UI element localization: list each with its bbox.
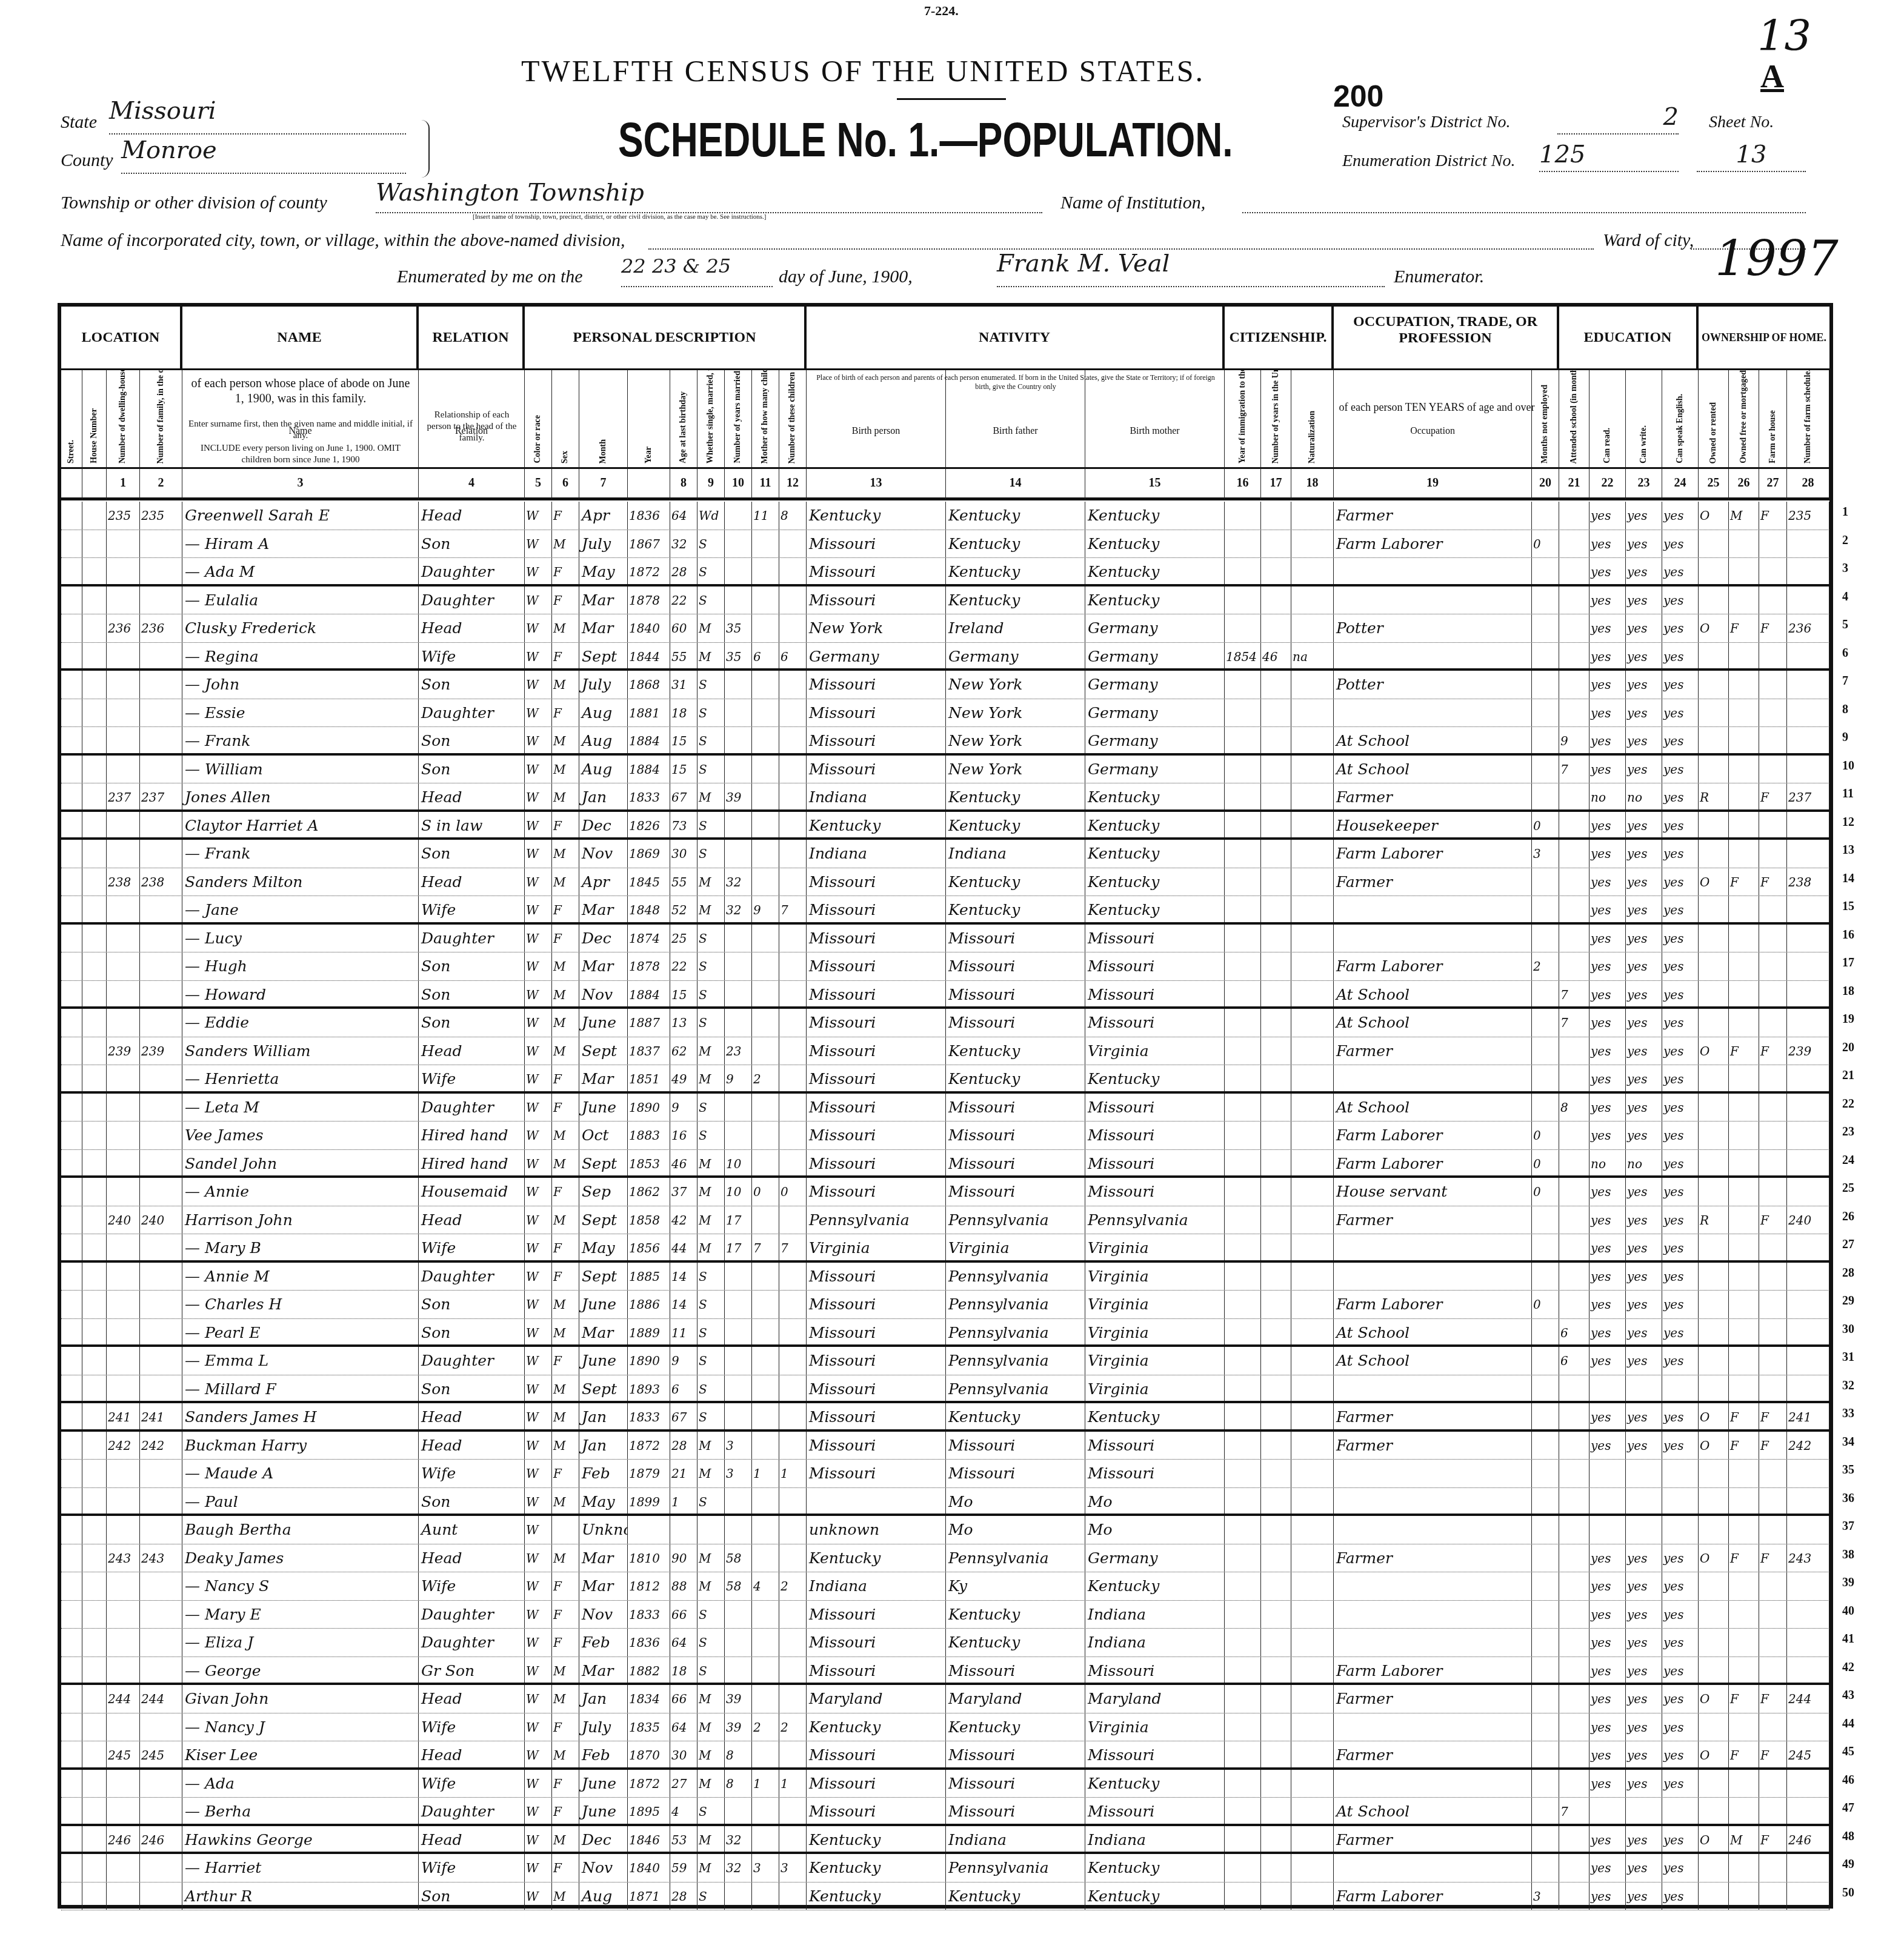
cell-house[interactable] xyxy=(82,840,107,868)
cell-marital[interactable]: S xyxy=(697,1488,725,1514)
cell-nat[interactable] xyxy=(1291,1319,1334,1345)
cell-occ[interactable] xyxy=(1334,699,1532,727)
cell-own[interactable]: O xyxy=(1699,1826,1729,1852)
cell-eng[interactable]: yes xyxy=(1662,1601,1699,1629)
cell-bp[interactable]: Kentucky xyxy=(807,812,946,838)
cell-bm[interactable]: Pennsylvania xyxy=(1085,1206,1225,1234)
cell-color[interactable]: W xyxy=(525,502,552,530)
cell-age[interactable]: 32 xyxy=(670,530,697,558)
cell-color[interactable]: W xyxy=(525,614,552,642)
cell-read[interactable]: yes xyxy=(1589,1629,1626,1657)
cell-own[interactable] xyxy=(1699,727,1729,753)
cell-write[interactable]: yes xyxy=(1626,1234,1662,1260)
cell-sched[interactable] xyxy=(1787,812,1829,838)
cell-fam[interactable] xyxy=(140,812,182,838)
cell-bf[interactable]: Kentucky xyxy=(946,1713,1085,1741)
cell-house[interactable] xyxy=(82,812,107,838)
cell-eng[interactable]: yes xyxy=(1662,925,1699,952)
cell-bf[interactable]: Missouri xyxy=(946,1150,1085,1176)
cell-nat[interactable] xyxy=(1291,1178,1334,1206)
cell-age[interactable]: 18 xyxy=(670,1657,697,1683)
cell-read[interactable]: yes xyxy=(1589,1206,1626,1234)
cell-dw[interactable]: 246 xyxy=(107,1826,140,1852)
cell-imm[interactable] xyxy=(1225,1065,1261,1091)
enumerated-days-field[interactable]: 22 23 & 25 xyxy=(621,254,773,287)
cell-unemp[interactable] xyxy=(1532,1263,1559,1291)
cell-farm[interactable]: F xyxy=(1759,614,1787,642)
cell-read[interactable]: yes xyxy=(1589,1882,1626,1910)
cell-write[interactable]: yes xyxy=(1626,1657,1662,1683)
cell-fam[interactable]: 236 xyxy=(140,614,182,642)
cell-bm[interactable]: Kentucky xyxy=(1085,868,1225,896)
cell-eng[interactable]: yes xyxy=(1662,1882,1699,1910)
cell-occ[interactable]: Farmer xyxy=(1334,1685,1532,1713)
cell-color[interactable]: W xyxy=(525,812,552,838)
cell-yrs[interactable]: 32 xyxy=(725,1854,752,1882)
cell-living[interactable] xyxy=(779,981,807,1007)
cell-school[interactable] xyxy=(1559,1263,1589,1291)
cell-bm[interactable]: Virginia xyxy=(1085,1291,1225,1318)
cell-marital[interactable]: S xyxy=(697,812,725,838)
cell-yrs[interactable]: 35 xyxy=(725,614,752,642)
cell-bf[interactable]: Missouri xyxy=(946,981,1085,1007)
cell-color[interactable]: W xyxy=(525,1572,552,1600)
cell-mort[interactable] xyxy=(1729,1009,1759,1037)
cell-dw[interactable] xyxy=(107,952,140,980)
cell-rel[interactable]: Son xyxy=(419,840,525,868)
cell-yrs[interactable] xyxy=(725,1319,752,1345)
cell-house[interactable] xyxy=(82,1375,107,1401)
cell-dw[interactable]: 240 xyxy=(107,1206,140,1234)
cell-age[interactable]: 18 xyxy=(670,699,697,727)
cell-unemp[interactable] xyxy=(1532,1460,1559,1487)
cell-month[interactable]: Dec xyxy=(579,812,628,838)
cell-age[interactable]: 66 xyxy=(670,1685,697,1713)
cell-living[interactable] xyxy=(779,1122,807,1149)
cell-unemp[interactable]: 0 xyxy=(1532,1122,1559,1149)
cell-nat[interactable] xyxy=(1291,1854,1334,1882)
cell-farm[interactable] xyxy=(1759,756,1787,783)
cell-read[interactable]: yes xyxy=(1589,1009,1626,1037)
cell-unemp[interactable] xyxy=(1532,925,1559,952)
cell-occ[interactable]: House servant xyxy=(1334,1178,1532,1206)
cell-occ[interactable]: Farm Laborer xyxy=(1334,840,1532,868)
cell-unemp[interactable] xyxy=(1532,1713,1559,1741)
cell-eng[interactable]: yes xyxy=(1662,643,1699,669)
cell-farm[interactable] xyxy=(1759,1770,1787,1798)
cell-nat[interactable] xyxy=(1291,1009,1334,1037)
cell-fam[interactable] xyxy=(140,1178,182,1206)
cell-mort[interactable]: F xyxy=(1729,1432,1759,1460)
cell-school[interactable] xyxy=(1559,1657,1589,1683)
cell-color[interactable]: W xyxy=(525,756,552,783)
cell-mort[interactable]: F xyxy=(1729,614,1759,642)
cell-house[interactable] xyxy=(82,727,107,753)
cell-age[interactable]: 90 xyxy=(670,1544,697,1572)
cell-bp[interactable]: Virginia xyxy=(807,1234,946,1260)
cell-eng[interactable]: yes xyxy=(1662,756,1699,783)
cell-sched[interactable] xyxy=(1787,896,1829,922)
cell-month[interactable]: Feb xyxy=(579,1741,628,1767)
cell-street[interactable] xyxy=(61,671,82,699)
cell-yrs[interactable] xyxy=(725,558,752,584)
cell-name[interactable]: — Eliza J xyxy=(182,1629,419,1657)
cell-bp[interactable]: Germany xyxy=(807,643,946,669)
cell-living[interactable] xyxy=(779,1094,807,1122)
cell-imm[interactable] xyxy=(1225,1854,1261,1882)
cell-bp[interactable]: Kentucky xyxy=(807,1713,946,1741)
cell-bp[interactable]: Missouri xyxy=(807,1094,946,1122)
cell-imm[interactable] xyxy=(1225,981,1261,1007)
cell-sex[interactable]: F xyxy=(552,1854,579,1882)
cell-bm[interactable]: Kentucky xyxy=(1085,812,1225,838)
cell-imm[interactable] xyxy=(1225,952,1261,980)
cell-imm[interactable] xyxy=(1225,614,1261,642)
cell-color[interactable]: W xyxy=(525,840,552,868)
cell-bm[interactable]: Virginia xyxy=(1085,1375,1225,1401)
cell-street[interactable] xyxy=(61,868,82,896)
cell-imm[interactable] xyxy=(1225,1122,1261,1149)
cell-age[interactable]: 15 xyxy=(670,756,697,783)
cell-imm[interactable] xyxy=(1225,1291,1261,1318)
cell-marital[interactable]: S xyxy=(697,981,725,1007)
cell-write[interactable]: yes xyxy=(1626,1037,1662,1065)
cell-dw[interactable] xyxy=(107,1460,140,1487)
cell-color[interactable]: W xyxy=(525,1685,552,1713)
cell-yrsus[interactable] xyxy=(1261,1319,1291,1345)
cell-farm[interactable] xyxy=(1759,981,1787,1007)
cell-imm[interactable] xyxy=(1225,1713,1261,1741)
cell-unemp[interactable]: 0 xyxy=(1532,1150,1559,1176)
cell-write[interactable] xyxy=(1626,1488,1662,1514)
cell-rel[interactable]: Wife xyxy=(419,896,525,922)
cell-month[interactable]: Jan xyxy=(579,783,628,809)
cell-occ[interactable]: Farm Laborer xyxy=(1334,530,1532,558)
cell-street[interactable] xyxy=(61,614,82,642)
cell-street[interactable] xyxy=(61,1826,82,1852)
cell-living[interactable] xyxy=(779,1432,807,1460)
cell-yrs[interactable] xyxy=(725,1516,752,1544)
cell-mother[interactable]: 11 xyxy=(752,502,779,530)
cell-street[interactable] xyxy=(61,925,82,952)
cell-bp[interactable]: Missouri xyxy=(807,1601,946,1629)
cell-bf[interactable]: New York xyxy=(946,756,1085,783)
cell-bp[interactable]: Missouri xyxy=(807,1657,946,1683)
cell-marital[interactable]: M xyxy=(697,1685,725,1713)
cell-mother[interactable] xyxy=(752,756,779,783)
enumeration-field[interactable]: 125 xyxy=(1539,141,1679,172)
cell-name[interactable]: — Berha xyxy=(182,1798,419,1824)
cell-school[interactable] xyxy=(1559,896,1589,922)
cell-unemp[interactable] xyxy=(1532,756,1559,783)
cell-bp[interactable]: Missouri xyxy=(807,981,946,1007)
cell-month[interactable]: Nov xyxy=(579,1854,628,1882)
cell-occ[interactable] xyxy=(1334,1263,1532,1291)
cell-sex[interactable]: M xyxy=(552,783,579,809)
cell-dw[interactable]: 243 xyxy=(107,1544,140,1572)
cell-unemp[interactable]: 3 xyxy=(1532,1882,1559,1910)
cell-street[interactable] xyxy=(61,502,82,530)
cell-mort[interactable] xyxy=(1729,1770,1759,1798)
cell-living[interactable] xyxy=(779,1826,807,1852)
county-field[interactable]: Monroe xyxy=(121,136,406,174)
cell-own[interactable]: R xyxy=(1699,783,1729,809)
cell-sched[interactable] xyxy=(1787,756,1829,783)
cell-age[interactable]: 67 xyxy=(670,1403,697,1429)
cell-marital[interactable]: M xyxy=(697,1572,725,1600)
cell-name[interactable]: — Harriet xyxy=(182,1854,419,1882)
cell-write[interactable]: yes xyxy=(1626,1544,1662,1572)
cell-own[interactable] xyxy=(1699,1178,1729,1206)
cell-mother[interactable] xyxy=(752,699,779,727)
cell-living[interactable] xyxy=(779,1741,807,1767)
cell-mother[interactable]: 7 xyxy=(752,1234,779,1260)
cell-house[interactable] xyxy=(82,1572,107,1600)
cell-house[interactable] xyxy=(82,1601,107,1629)
cell-school[interactable]: 9 xyxy=(1559,727,1589,753)
cell-age[interactable]: 49 xyxy=(670,1065,697,1091)
cell-sex[interactable]: M xyxy=(552,1403,579,1429)
cell-write[interactable]: yes xyxy=(1626,1319,1662,1345)
cell-bp[interactable]: Missouri xyxy=(807,1009,946,1037)
cell-bf[interactable]: Kentucky xyxy=(946,1882,1085,1910)
cell-name[interactable]: — Ada xyxy=(182,1770,419,1798)
cell-read[interactable]: yes xyxy=(1589,1601,1626,1629)
cell-month[interactable]: Sept xyxy=(579,1375,628,1401)
cell-living[interactable] xyxy=(779,756,807,783)
cell-eng[interactable]: yes xyxy=(1662,699,1699,727)
cell-imm[interactable] xyxy=(1225,1516,1261,1544)
cell-marital[interactable]: S xyxy=(697,925,725,952)
cell-yrs[interactable]: 10 xyxy=(725,1150,752,1176)
cell-dw[interactable] xyxy=(107,1488,140,1514)
cell-farm[interactable]: F xyxy=(1759,1826,1787,1852)
cell-occ[interactable] xyxy=(1334,1713,1532,1741)
cell-sex[interactable]: M xyxy=(552,530,579,558)
cell-house[interactable] xyxy=(82,1629,107,1657)
cell-bf[interactable]: Kentucky xyxy=(946,783,1085,809)
cell-farm[interactable] xyxy=(1759,1460,1787,1487)
cell-own[interactable]: O xyxy=(1699,1544,1729,1572)
cell-bp[interactable]: Missouri xyxy=(807,952,946,980)
cell-yrsus[interactable] xyxy=(1261,1882,1291,1910)
cell-bm[interactable]: Missouri xyxy=(1085,1009,1225,1037)
cell-month[interactable]: Mar xyxy=(579,896,628,922)
cell-month[interactable]: June xyxy=(579,1094,628,1122)
cell-house[interactable] xyxy=(82,1657,107,1683)
cell-bp[interactable]: Missouri xyxy=(807,699,946,727)
cell-farm[interactable] xyxy=(1759,1065,1787,1091)
cell-mother[interactable] xyxy=(752,812,779,838)
cell-eng[interactable]: yes xyxy=(1662,896,1699,922)
cell-year[interactable]: 1887 xyxy=(628,1009,670,1037)
cell-street[interactable] xyxy=(61,1685,82,1713)
cell-imm[interactable] xyxy=(1225,1601,1261,1629)
cell-occ[interactable]: Farmer xyxy=(1334,1826,1532,1852)
cell-bp[interactable]: Indiana xyxy=(807,783,946,809)
cell-living[interactable] xyxy=(779,671,807,699)
cell-fam[interactable] xyxy=(140,587,182,614)
cell-occ[interactable] xyxy=(1334,558,1532,584)
cell-month[interactable]: Jan xyxy=(579,1432,628,1460)
cell-sex[interactable]: M xyxy=(552,1122,579,1149)
cell-bm[interactable]: Missouri xyxy=(1085,1150,1225,1176)
state-field[interactable]: Missouri xyxy=(109,97,406,135)
cell-school[interactable] xyxy=(1559,643,1589,669)
cell-dw[interactable] xyxy=(107,587,140,614)
cell-school[interactable] xyxy=(1559,1770,1589,1798)
cell-eng[interactable]: yes xyxy=(1662,1347,1699,1375)
cell-occ[interactable]: Farmer xyxy=(1334,868,1532,896)
cell-bp[interactable]: Missouri xyxy=(807,1770,946,1798)
cell-dw[interactable] xyxy=(107,1657,140,1683)
cell-living[interactable] xyxy=(779,1037,807,1065)
cell-yrsus[interactable] xyxy=(1261,1516,1291,1544)
cell-eng[interactable]: yes xyxy=(1662,502,1699,530)
cell-name[interactable]: — Howard xyxy=(182,981,419,1007)
cell-marital[interactable]: Wd xyxy=(697,502,725,530)
cell-eng[interactable] xyxy=(1662,1488,1699,1514)
cell-house[interactable] xyxy=(82,1713,107,1741)
cell-street[interactable] xyxy=(61,1770,82,1798)
cell-fam[interactable] xyxy=(140,896,182,922)
cell-bp[interactable]: Missouri xyxy=(807,558,946,584)
cell-yrsus[interactable] xyxy=(1261,1432,1291,1460)
cell-write[interactable] xyxy=(1626,1460,1662,1487)
cell-farm[interactable] xyxy=(1759,1291,1787,1318)
cell-mort[interactable] xyxy=(1729,1798,1759,1824)
cell-month[interactable]: Feb xyxy=(579,1460,628,1487)
cell-age[interactable]: 30 xyxy=(670,840,697,868)
cell-occ[interactable]: Housekeeper xyxy=(1334,812,1532,838)
cell-marital[interactable]: M xyxy=(697,896,725,922)
cell-own[interactable] xyxy=(1699,1094,1729,1122)
cell-sex[interactable]: M xyxy=(552,1206,579,1234)
cell-sched[interactable] xyxy=(1787,1094,1829,1122)
cell-bp[interactable]: Missouri xyxy=(807,1347,946,1375)
cell-write[interactable]: yes xyxy=(1626,727,1662,753)
cell-mort[interactable]: F xyxy=(1729,1544,1759,1572)
cell-eng[interactable]: yes xyxy=(1662,1629,1699,1657)
cell-write[interactable]: yes xyxy=(1626,1629,1662,1657)
cell-yrs[interactable] xyxy=(725,840,752,868)
cell-age[interactable]: 64 xyxy=(670,502,697,530)
cell-name[interactable]: — William xyxy=(182,756,419,783)
cell-age[interactable]: 44 xyxy=(670,1234,697,1260)
cell-write[interactable]: yes xyxy=(1626,558,1662,584)
cell-mother[interactable] xyxy=(752,1601,779,1629)
cell-house[interactable] xyxy=(82,896,107,922)
cell-fam[interactable]: 241 xyxy=(140,1403,182,1429)
cell-mother[interactable] xyxy=(752,1516,779,1544)
cell-street[interactable] xyxy=(61,1122,82,1149)
cell-read[interactable]: yes xyxy=(1589,1657,1626,1683)
cell-write[interactable] xyxy=(1626,1798,1662,1824)
cell-year[interactable]: 1853 xyxy=(628,1150,670,1176)
cell-living[interactable] xyxy=(779,1206,807,1234)
cell-write[interactable]: yes xyxy=(1626,1291,1662,1318)
cell-sched[interactable] xyxy=(1787,1713,1829,1741)
cell-sched[interactable]: 245 xyxy=(1787,1741,1829,1767)
cell-yrs[interactable]: 58 xyxy=(725,1544,752,1572)
cell-street[interactable] xyxy=(61,643,82,669)
cell-color[interactable]: W xyxy=(525,1150,552,1176)
cell-imm[interactable]: 1854 xyxy=(1225,643,1261,669)
cell-unemp[interactable] xyxy=(1532,1065,1559,1091)
cell-rel[interactable]: Son xyxy=(419,671,525,699)
cell-month[interactable]: Mar xyxy=(579,614,628,642)
cell-read[interactable]: yes xyxy=(1589,1403,1626,1429)
cell-living[interactable] xyxy=(779,1601,807,1629)
cell-mort[interactable] xyxy=(1729,1713,1759,1741)
cell-dw[interactable] xyxy=(107,1065,140,1091)
cell-year[interactable]: 1872 xyxy=(628,1770,670,1798)
cell-yrsus[interactable] xyxy=(1261,1601,1291,1629)
cell-sex[interactable]: M xyxy=(552,1544,579,1572)
cell-sex[interactable]: F xyxy=(552,1798,579,1824)
cell-read[interactable]: yes xyxy=(1589,1770,1626,1798)
cell-rel[interactable]: Wife xyxy=(419,1770,525,1798)
cell-street[interactable] xyxy=(61,558,82,584)
cell-living[interactable] xyxy=(779,1685,807,1713)
cell-bp[interactable]: Missouri xyxy=(807,756,946,783)
cell-rel[interactable]: Aunt xyxy=(419,1516,525,1544)
cell-sex[interactable] xyxy=(552,1516,579,1544)
cell-month[interactable]: Mar xyxy=(579,1572,628,1600)
cell-yrs[interactable]: 10 xyxy=(725,1178,752,1206)
cell-sex[interactable]: M xyxy=(552,1009,579,1037)
cell-sched[interactable] xyxy=(1787,1319,1829,1345)
cell-sched[interactable] xyxy=(1787,530,1829,558)
cell-color[interactable]: W xyxy=(525,1094,552,1122)
cell-year[interactable]: 1885 xyxy=(628,1263,670,1291)
cell-nat[interactable] xyxy=(1291,1065,1334,1091)
cell-dw[interactable]: 241 xyxy=(107,1403,140,1429)
cell-dw[interactable]: 235 xyxy=(107,502,140,530)
cell-age[interactable]: 64 xyxy=(670,1713,697,1741)
cell-sched[interactable] xyxy=(1787,1657,1829,1683)
cell-bp[interactable]: Missouri xyxy=(807,1403,946,1429)
cell-rel[interactable]: Wife xyxy=(419,1460,525,1487)
cell-rel[interactable]: Wife xyxy=(419,1234,525,1260)
cell-bm[interactable]: Missouri xyxy=(1085,1798,1225,1824)
cell-name[interactable]: Sanders James H xyxy=(182,1403,419,1429)
cell-color[interactable]: W xyxy=(525,981,552,1007)
cell-age[interactable]: 15 xyxy=(670,981,697,1007)
cell-age[interactable]: 9 xyxy=(670,1347,697,1375)
cell-marital[interactable]: M xyxy=(697,1065,725,1091)
cell-mort[interactable]: F xyxy=(1729,868,1759,896)
cell-marital[interactable]: S xyxy=(697,1882,725,1910)
cell-farm[interactable] xyxy=(1759,1882,1787,1910)
cell-write[interactable]: yes xyxy=(1626,671,1662,699)
cell-farm[interactable] xyxy=(1759,1713,1787,1741)
cell-unemp[interactable] xyxy=(1532,587,1559,614)
cell-bf[interactable]: Pennsylvania xyxy=(946,1206,1085,1234)
cell-marital[interactable]: S xyxy=(697,1798,725,1824)
cell-house[interactable] xyxy=(82,1826,107,1852)
cell-house[interactable] xyxy=(82,587,107,614)
cell-nat[interactable] xyxy=(1291,756,1334,783)
cell-living[interactable]: 2 xyxy=(779,1572,807,1600)
cell-age[interactable]: 28 xyxy=(670,1882,697,1910)
cell-unemp[interactable] xyxy=(1532,1657,1559,1683)
cell-age[interactable]: 37 xyxy=(670,1178,697,1206)
cell-yrsus[interactable] xyxy=(1261,1375,1291,1401)
cell-age[interactable]: 55 xyxy=(670,643,697,669)
cell-mother[interactable] xyxy=(752,1657,779,1683)
cell-nat[interactable] xyxy=(1291,1601,1334,1629)
